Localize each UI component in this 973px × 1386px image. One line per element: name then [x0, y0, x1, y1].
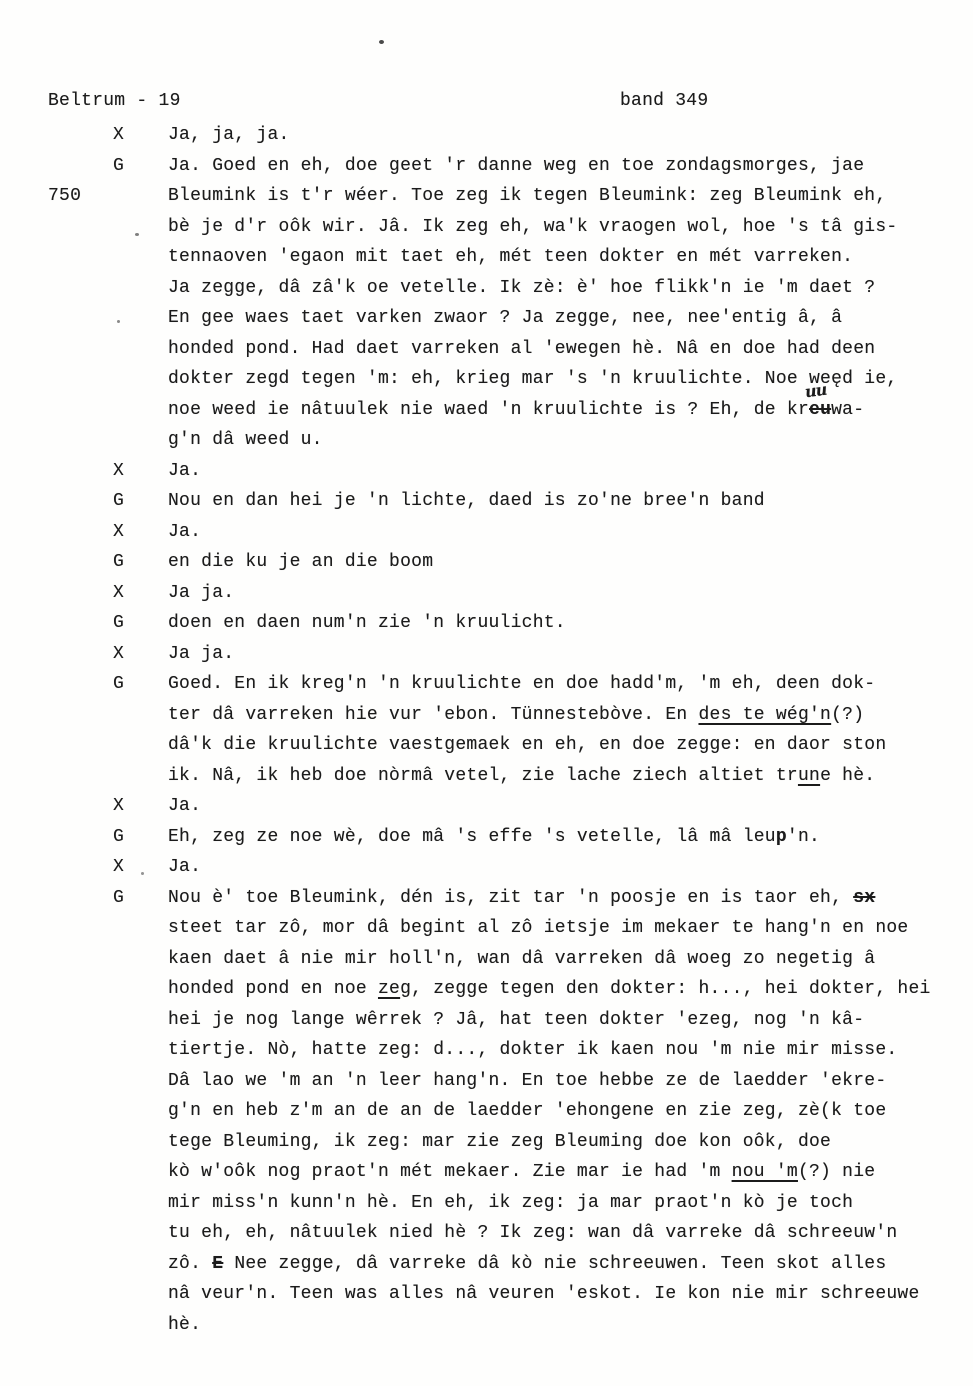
line-text: tiertje. Nò, hatte zeg: d..., dokter ik … [168, 1035, 963, 1066]
band-number: band 349 [620, 91, 708, 111]
line-number: 750 [48, 181, 113, 212]
line-number [48, 1188, 113, 1219]
line-number [48, 1127, 113, 1158]
line-text: noe weed ie nâtuulek nie waed 'n kruulic… [168, 395, 963, 426]
line-number [48, 1310, 113, 1341]
transcript-line: GJa. Goed en eh, doe geet 'r danne weg e… [48, 151, 963, 182]
line-number [48, 547, 113, 578]
transcript-line: En gee waes taet varken zwaor ? Ja zegge… [48, 303, 963, 334]
speaker-label [113, 303, 168, 334]
line-number [48, 303, 113, 334]
line-number [48, 334, 113, 365]
speaker-label [113, 1310, 168, 1341]
line-number [48, 1066, 113, 1097]
transcript-line: XJa, ja, ja. [48, 120, 963, 151]
line-text: en die ku je an die boom [168, 547, 963, 578]
speaker-label [113, 1218, 168, 1249]
transcript-line: tu eh, eh, nâtuulek nied hè ? Ik zeg: wa… [48, 1218, 963, 1249]
line-number [48, 151, 113, 182]
line-text: Ja. [168, 791, 963, 822]
line-text: Eh, zeg ze noe wè, doe mâ 's effe 's vet… [168, 822, 963, 853]
speaker-label [113, 425, 168, 456]
line-text: Ja zegge, dâ zâ'k oe vetelle. Ik zè: è' … [168, 273, 963, 304]
line-number [48, 120, 113, 151]
line-text: g'n en heb z'm an de an de laedder 'ehon… [168, 1096, 963, 1127]
line-text: hei je nog lange wêrrek ? Jâ, hat teen d… [168, 1005, 963, 1036]
speaker-label [113, 334, 168, 365]
transcript-line: XJa ja. [48, 639, 963, 670]
line-number [48, 1005, 113, 1036]
speaker-label [113, 730, 168, 761]
scan-speck [141, 872, 144, 875]
scan-speck [379, 40, 384, 44]
line-number [48, 761, 113, 792]
transcript-line: XJa. [48, 852, 963, 883]
transcript-line: GEh, zeg ze noe wè, doe mâ 's effe 's ve… [48, 822, 963, 853]
line-text: Nou en dan hei je 'n lichte, daed is zo'… [168, 486, 963, 517]
line-text: bè je d'r oôk wir. Jâ. Ik zeg eh, wa'k v… [168, 212, 963, 243]
line-number [48, 822, 113, 853]
line-text: kò w'oôk nog praot'n mét mekaer. Zie mar… [168, 1157, 963, 1188]
line-text: tennaoven 'egaon mit taet eh, mét teen d… [168, 242, 963, 273]
speaker-label: X [113, 456, 168, 487]
speaker-label [113, 1066, 168, 1097]
line-number [48, 578, 113, 609]
transcript-line: g'n dâ weed u. [48, 425, 963, 456]
speaker-label: X [113, 517, 168, 548]
line-number [48, 913, 113, 944]
line-number [48, 1035, 113, 1066]
transcript-line: nâ veur'n. Teen was alles nâ veuren 'esk… [48, 1279, 963, 1310]
line-number [48, 395, 113, 426]
line-number [48, 456, 113, 487]
line-text: ik. Nâ, ik heb doe nòrmâ vetel, zie lach… [168, 761, 963, 792]
line-number [48, 1279, 113, 1310]
transcript-line: dâ'k die kruulichte vaestgemaek en eh, e… [48, 730, 963, 761]
speaker-label [113, 1035, 168, 1066]
speaker-label [113, 181, 168, 212]
line-number [48, 974, 113, 1005]
line-text: Goed. En ik kreg'n 'n kruulichte en doe … [168, 669, 963, 700]
transcript-line: mir miss'n kunn'n hè. En eh, ik zeg: ja … [48, 1188, 963, 1219]
speaker-label: X [113, 578, 168, 609]
line-number [48, 944, 113, 975]
speaker-label: X [113, 852, 168, 883]
line-text: Bleumink is t'r wéer. Toe zeg ik tegen B… [168, 181, 963, 212]
transcript-line: honded pond. Had daet varreken al 'ewege… [48, 334, 963, 365]
scanned-transcript-page: Beltrum - 19 band 349 XJa, ja, ja.GJa. G… [0, 0, 973, 1386]
transcript-line: honded pond en noe zeg, zegge tegen den … [48, 974, 963, 1005]
line-number [48, 1096, 113, 1127]
transcript-line: 750Bleumink is t'r wéer. Toe zeg ik tege… [48, 181, 963, 212]
speaker-label [113, 974, 168, 1005]
line-text: Ja, ja, ja. [168, 120, 963, 151]
speaker-label [113, 212, 168, 243]
speaker-label [113, 1127, 168, 1158]
transcript-line: kò w'oôk nog praot'n mét mekaer. Zie mar… [48, 1157, 963, 1188]
speaker-label [113, 761, 168, 792]
speaker-label [113, 364, 168, 395]
transcript: XJa, ja, ja.GJa. Goed en eh, doe geet 'r… [48, 120, 963, 1340]
transcript-line: GNou è' toe Bleumink, dén is, zit tar 'n… [48, 883, 963, 914]
transcript-line: GNou en dan hei je 'n lichte, daed is zo… [48, 486, 963, 517]
transcript-line: Ja zegge, dâ zâ'k oe vetelle. Ik zè: è' … [48, 273, 963, 304]
line-text: Nou è' toe Bleumink, dén is, zit tar 'n … [168, 883, 963, 914]
transcript-line: bè je d'r oôk wir. Jâ. Ik zeg eh, wa'k v… [48, 212, 963, 243]
speaker-label: X [113, 120, 168, 151]
transcript-line: tennaoven 'egaon mit taet eh, mét teen d… [48, 242, 963, 273]
speaker-label [113, 1096, 168, 1127]
line-text: En gee waes taet varken zwaor ? Ja zegge… [168, 303, 963, 334]
line-number [48, 486, 113, 517]
speaker-label [113, 700, 168, 731]
line-number [48, 791, 113, 822]
transcript-line: kaen daet â nie mir holl'n, wan dâ varre… [48, 944, 963, 975]
line-text: zô. E Nee zegge, dâ varreke dâ kò nie sc… [168, 1249, 963, 1280]
transcript-line: hè. [48, 1310, 963, 1341]
speaker-label [113, 944, 168, 975]
transcript-line: XJa ja. [48, 578, 963, 609]
transcript-line: XJa. [48, 456, 963, 487]
speaker-label: G [113, 608, 168, 639]
page-title: Beltrum - 19 [48, 91, 181, 111]
scan-speck [135, 233, 139, 236]
speaker-label: X [113, 639, 168, 670]
line-text: Ja. [168, 852, 963, 883]
line-number [48, 212, 113, 243]
line-text: Ja. Goed en eh, doe geet 'r danne weg en… [168, 151, 963, 182]
line-number [48, 1218, 113, 1249]
line-number [48, 730, 113, 761]
transcript-line: GGoed. En ik kreg'n 'n kruulichte en doe… [48, 669, 963, 700]
line-number [48, 517, 113, 548]
transcript-line: noe weed ie nâtuulek nie waed 'n kruulic… [48, 395, 963, 426]
line-text: nâ veur'n. Teen was alles nâ veuren 'esk… [168, 1279, 963, 1310]
scan-speck [117, 320, 120, 323]
line-text: Dâ lao we 'm an 'n leer hang'n. En toe h… [168, 1066, 963, 1097]
transcript-line: tege Bleuming, ik zeg: mar zie zeg Bleum… [48, 1127, 963, 1158]
transcript-line: zô. E Nee zegge, dâ varreke dâ kò nie sc… [48, 1249, 963, 1280]
speaker-label: G [113, 883, 168, 914]
line-number [48, 669, 113, 700]
line-text: honded pond en noe zeg, zegge tegen den … [168, 974, 963, 1005]
line-text: dâ'k die kruulichte vaestgemaek en eh, e… [168, 730, 963, 761]
transcript-line: Gdoen en daen num'n zie 'n kruulicht. [48, 608, 963, 639]
line-text: Ja ja. [168, 639, 963, 670]
transcript-line: XJa. [48, 517, 963, 548]
line-text: Ja ja. [168, 578, 963, 609]
line-text: kaen daet â nie mir holl'n, wan dâ varre… [168, 944, 963, 975]
line-text: mir miss'n kunn'n hè. En eh, ik zeg: ja … [168, 1188, 963, 1219]
line-number [48, 242, 113, 273]
speaker-label [113, 242, 168, 273]
line-text: tege Bleuming, ik zeg: mar zie zeg Bleum… [168, 1127, 963, 1158]
transcript-line: tiertje. Nò, hatte zeg: d..., dokter ik … [48, 1035, 963, 1066]
speaker-label [113, 1005, 168, 1036]
line-number [48, 273, 113, 304]
speaker-label: G [113, 669, 168, 700]
line-number [48, 1249, 113, 1280]
transcript-line: XJa. [48, 791, 963, 822]
transcript-line: ter dâ varreken hie vur 'ebon. Tünnesteb… [48, 700, 963, 731]
line-text: dokter zegd tegen 'm: eh, krieg mar 's '… [168, 364, 963, 395]
speaker-label: G [113, 151, 168, 182]
speaker-label: G [113, 547, 168, 578]
line-text: tu eh, eh, nâtuulek nied hè ? Ik zeg: wa… [168, 1218, 963, 1249]
line-number [48, 700, 113, 731]
speaker-label [113, 913, 168, 944]
line-number [48, 852, 113, 883]
line-text: Ja. [168, 517, 963, 548]
transcript-line: steet tar zô, mor dâ begint al zô ietsje… [48, 913, 963, 944]
line-text: Ja. [168, 456, 963, 487]
line-text: hè. [168, 1310, 963, 1341]
line-number [48, 1157, 113, 1188]
speaker-label [113, 1249, 168, 1280]
speaker-label [113, 1157, 168, 1188]
speaker-label [113, 1188, 168, 1219]
speaker-label [113, 273, 168, 304]
transcript-line: Dâ lao we 'm an 'n leer hang'n. En toe h… [48, 1066, 963, 1097]
line-number [48, 425, 113, 456]
line-text: steet tar zô, mor dâ begint al zô ietsje… [168, 913, 963, 944]
line-text: doen en daen num'n zie 'n kruulicht. [168, 608, 963, 639]
speaker-label: X [113, 791, 168, 822]
speaker-label [113, 1279, 168, 1310]
speaker-label: G [113, 822, 168, 853]
transcript-line: Gen die ku je an die boom [48, 547, 963, 578]
speaker-label: G [113, 486, 168, 517]
line-number [48, 639, 113, 670]
transcript-line: ik. Nâ, ik heb doe nòrmâ vetel, zie lach… [48, 761, 963, 792]
line-number [48, 883, 113, 914]
line-number [48, 608, 113, 639]
line-text: g'n dâ weed u. [168, 425, 963, 456]
line-text: honded pond. Had daet varreken al 'ewege… [168, 334, 963, 365]
line-number [48, 364, 113, 395]
speaker-label [113, 395, 168, 426]
transcript-line: g'n en heb z'm an de an de laedder 'ehon… [48, 1096, 963, 1127]
line-text: ter dâ varreken hie vur 'ebon. Tünnesteb… [168, 700, 963, 731]
handwritten-note: uu [804, 382, 827, 399]
transcript-line: hei je nog lange wêrrek ? Jâ, hat teen d… [48, 1005, 963, 1036]
